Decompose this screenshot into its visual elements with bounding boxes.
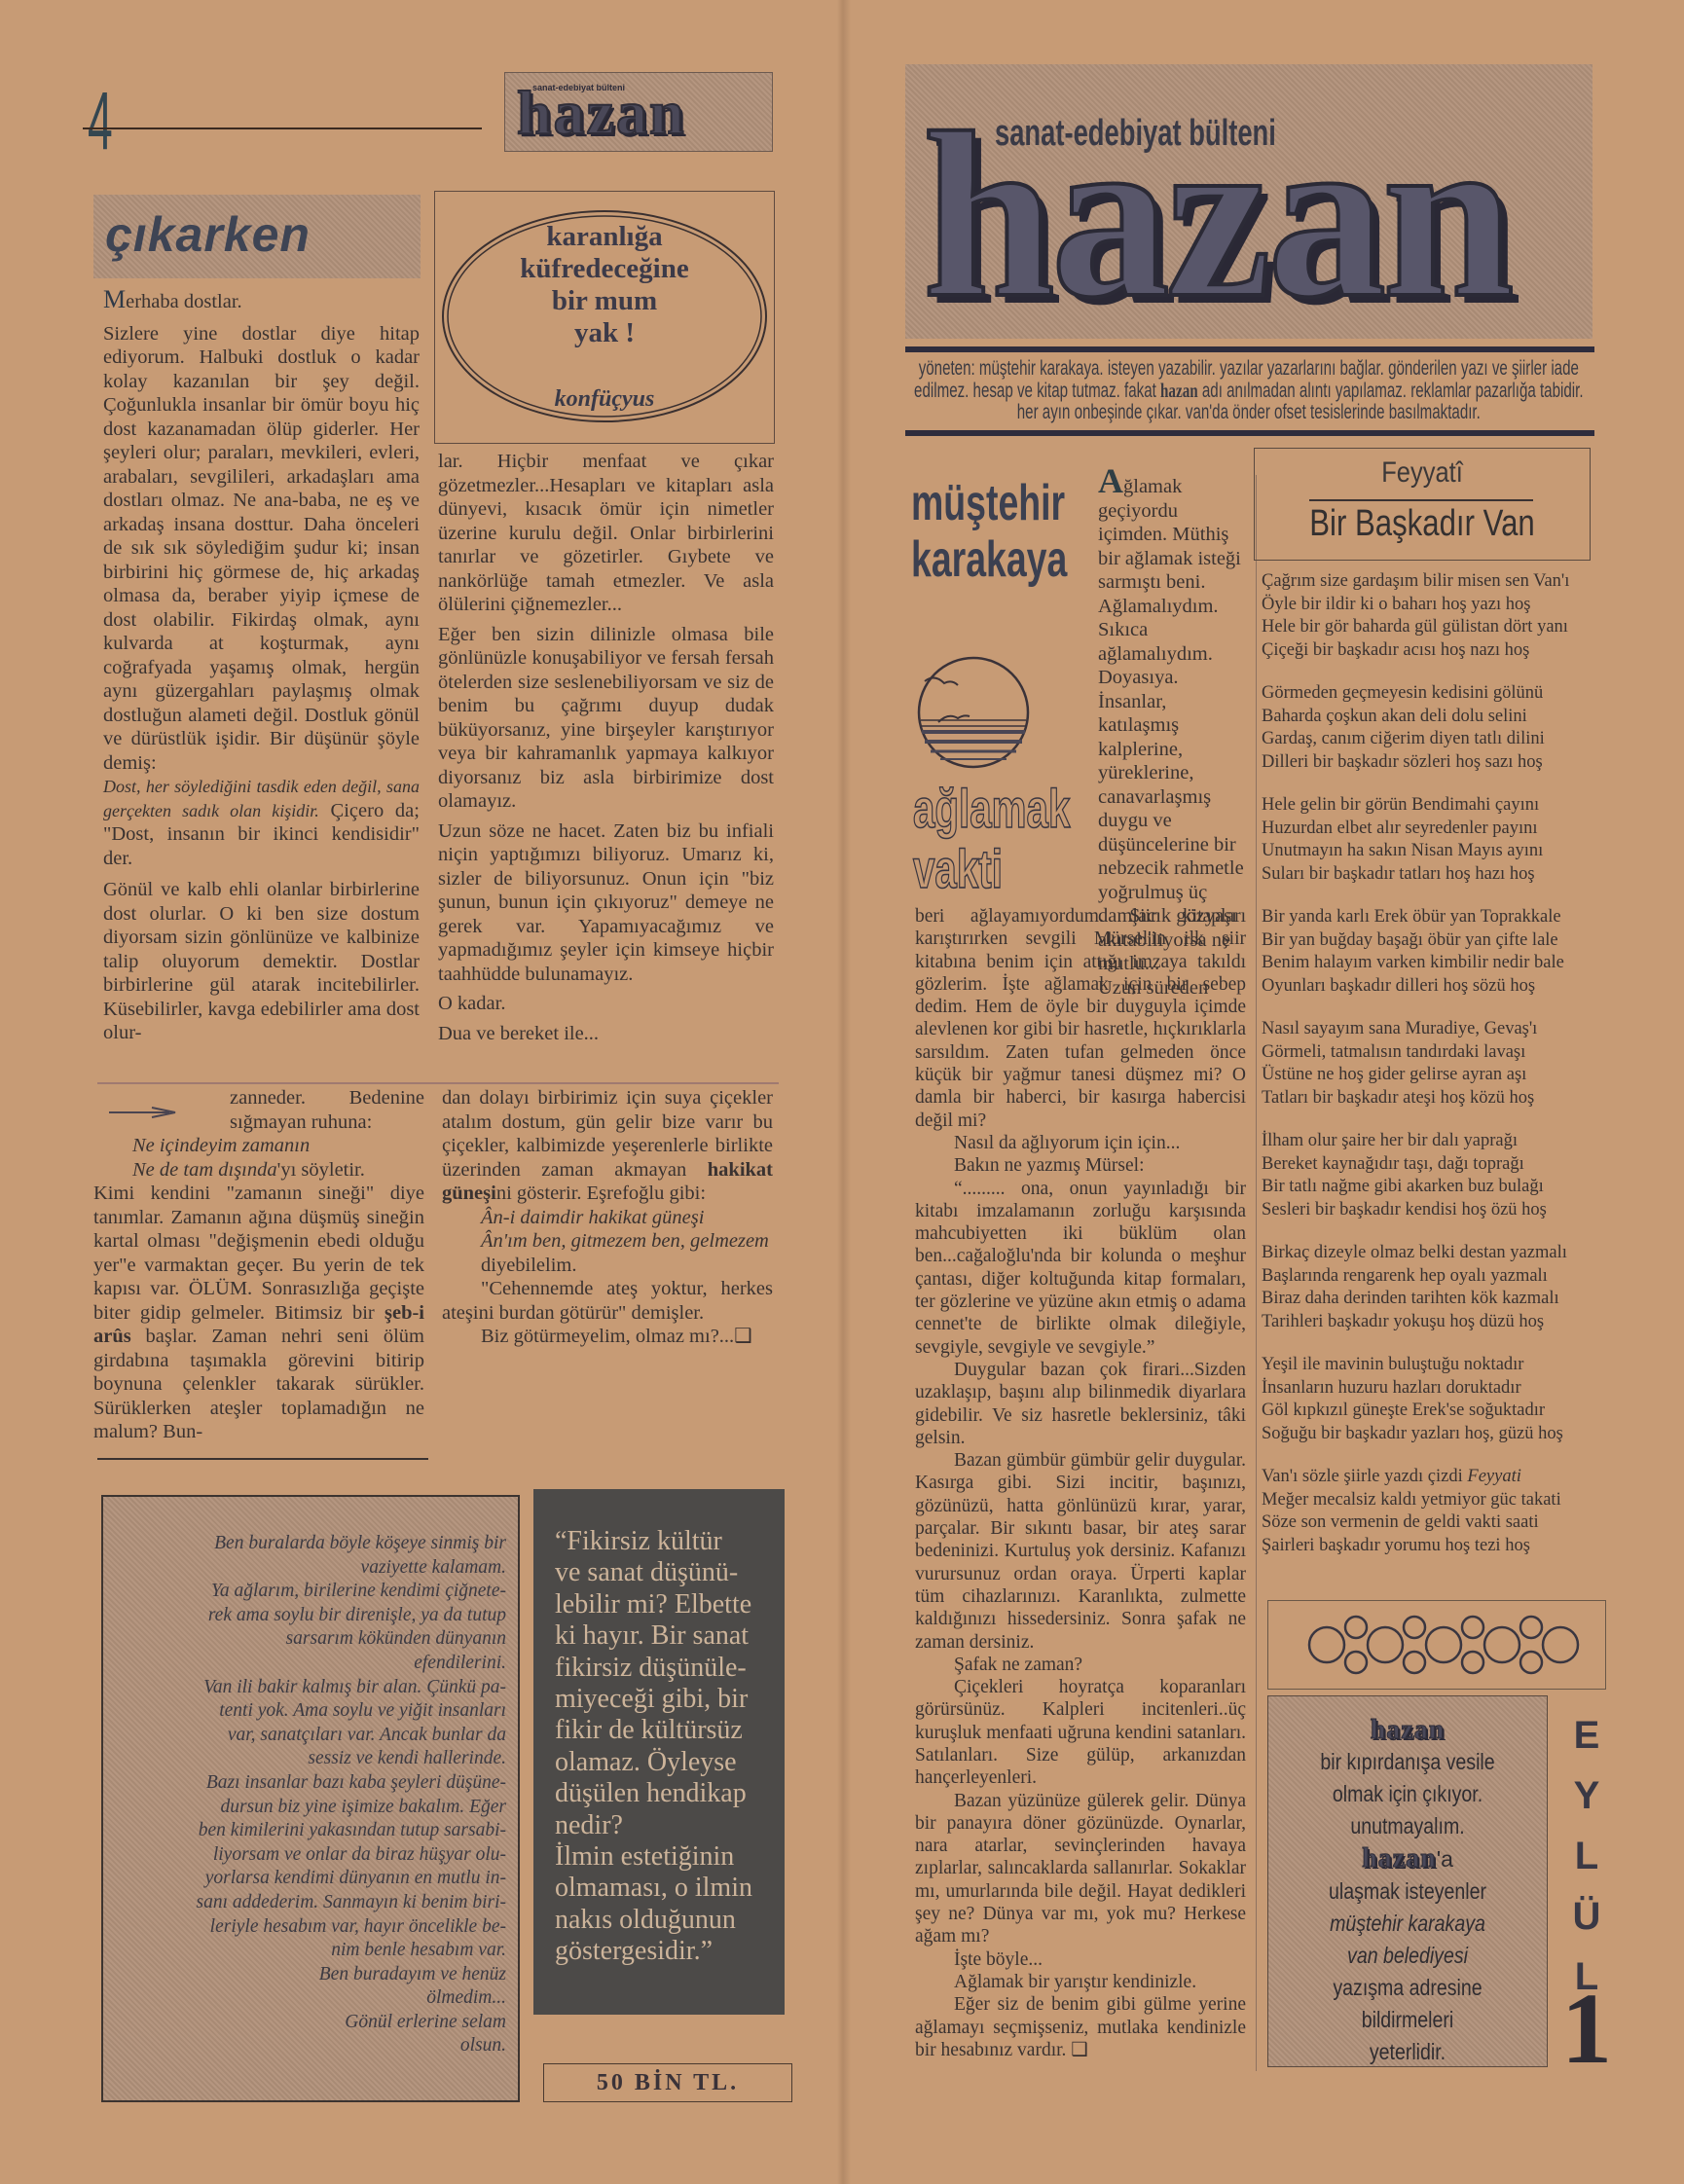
essay-line: dursun biz yine işimize bakalım. Eğer: [113, 1796, 506, 1820]
poem-line: Tarihleri başkadır yokuşu hoş düzü hoş: [1262, 1311, 1592, 1334]
poem-title: Bir Başkadır Van: [1285, 503, 1559, 545]
month-letter: E: [1567, 1705, 1606, 1765]
poem-line: Öyle bir ildir ki o baharı hoş yazı hoş: [1262, 594, 1592, 617]
section-divider: [97, 1082, 779, 1084]
essay-line: var, sanatçıları var. Ancak bunlar da: [113, 1724, 506, 1748]
poem-line: Nasıl sayayım sana Muradiye, Gevaş'ı: [1262, 1018, 1592, 1041]
essay-line: vaziyette kalamam.: [113, 1556, 506, 1581]
verse-line: Ân'ım ben, gitmezem ben, gelmezem: [442, 1229, 773, 1254]
essay-line: ben kimilerini yakasından tutup sarsabi-: [113, 1819, 506, 1843]
notice-line: bildirmeleri: [1289, 2004, 1525, 2036]
poem-title-rule: [1309, 499, 1533, 501]
quote-author: konfüçyus: [435, 386, 774, 413]
poem-stanza: Nasıl sayayım sana Muradiye, Gevaş'ıGörm…: [1262, 1018, 1592, 1110]
poem-line: Görmeli, tatmalısın tandırdaki lavaşı: [1262, 1041, 1592, 1065]
essay-line: leriyle hesabım var, hayır öncelikle be-: [113, 1915, 506, 1940]
essay-line: tenti yok. Ama soylu ve yiğit insanları: [113, 1699, 506, 1724]
editorial-paragraph: Sizlere yine dostlar diye hitap ediyorum…: [103, 322, 420, 776]
quote-line: bir mum: [435, 285, 774, 317]
mini-masthead-title: hazan: [517, 79, 686, 147]
drop-cap: M: [103, 285, 126, 313]
dark-quote-line: “Fikirsiz kültür: [555, 1526, 779, 1557]
issue-day: 1: [1561, 1976, 1610, 2083]
month-letter: L: [1567, 1826, 1606, 1886]
notice-text: hazan bir kıpırdanışa vesile olmak için …: [1268, 1714, 1547, 2068]
essay-line: Ya ağlarım, birilerine kendimi çiğnete-: [113, 1580, 506, 1604]
article-text: başlar. Zaman nehri seni ölüm girdabına …: [93, 1326, 424, 1442]
imprint: yöneten: müştehir karakaya. isteyen yaza…: [905, 358, 1594, 423]
poem-stanza: Bir yanda karlı Erek öbür yan Toprakkale…: [1262, 906, 1592, 998]
ornament-pattern-icon: [1298, 1615, 1580, 1675]
italic-essay-box: Ben buralarda böyle köşeye sinmiş bir va…: [101, 1495, 520, 2102]
poem-line: Bereket kaynağıdır taşı, dağı toprağı: [1262, 1153, 1592, 1177]
poem-line: Şairleri başkadır yorumu hoş tezi hoş: [1262, 1535, 1592, 1558]
drop-cap: A: [1098, 461, 1123, 500]
poem-stanza: Birkaç dizeyle olmaz belki destan yazmal…: [1262, 1242, 1592, 1333]
article-paragraph: Ağlamak bir yarıştır kendinizle.: [915, 1971, 1246, 1993]
article-text: Biz götürmeyelim, olmaz mı?...: [481, 1326, 734, 1347]
poem-line: Gardaş, canım ciğerim diyen tatlı dilini: [1262, 728, 1592, 751]
poem-line: İnsanların huzuru hazları doruktadır: [1262, 1377, 1592, 1401]
month-letter: Y: [1567, 1765, 1606, 1826]
article-text: diyebilelim.: [442, 1254, 773, 1278]
article-paragraph: Bazan yüzünüze gülerek gelir. Dünya bir …: [915, 1790, 1246, 1948]
continued-column-2: dan dolayı birbirimiz için suya çiçekler…: [442, 1086, 773, 1349]
dark-quote-text: “Fikirsiz kültür ve sanat düşünü- lebili…: [555, 1526, 779, 1968]
poem-line: Hele gelin bir görün Bendimahi çayını: [1262, 794, 1592, 818]
poem-stanza: Yeşil ile mavinin buluştuğu noktadırİnsa…: [1262, 1354, 1592, 1445]
quote-box: karanlığa küfredeceğine bir mum yak ! ko…: [434, 191, 775, 444]
poet-signature: Feyyati: [1467, 1467, 1520, 1486]
editorial-column-1: Merhaba dostlar. Sizlere yine dostlar di…: [103, 288, 420, 1051]
essay-line: olsun.: [113, 2034, 506, 2058]
poem-stanza: Van'ı sözle şiirle yazdı çizdi Feyyati M…: [1262, 1466, 1592, 1557]
verse-line: Ne de tam dışında: [132, 1159, 277, 1181]
column-divider: [1256, 475, 1257, 2071]
poem-line: Bir yan buğday başağı öbür yan çifte lal…: [1262, 929, 1592, 953]
poem-title-box: Feyyatî Bir Başkadır Van: [1254, 448, 1591, 561]
notice-logo: hazan: [1268, 1714, 1547, 1746]
notice-logo: hazan: [1362, 1843, 1437, 1874]
article-paragraph: Çiçekleri hoyratça koparanları görürsünü…: [915, 1676, 1246, 1789]
essay-line: sanı addederim. Sanmayın ki benim biri-: [113, 1891, 506, 1915]
essay-line: nim benle hesabım var.: [113, 1939, 506, 1963]
article-text: Kimi kendini "zamanın sineği" diye tanım…: [93, 1183, 424, 1324]
poem-line: Bir yanda karlı Erek öbür yan Toprakkale: [1262, 906, 1592, 929]
masthead-rule-top: [905, 346, 1594, 352]
author-name: müştehir karakaya: [911, 475, 1067, 588]
poem-line: Tatları bir başkadır ateşi hoş közü hoş: [1262, 1087, 1592, 1110]
poem-line: Huzurdan elbet alır seyredenler payını: [1262, 818, 1592, 841]
continued-column-1: zanneder. Bedenine sığmayan ruhuna: Ne i…: [93, 1086, 424, 1444]
essay-line: liyorsam ve onlar da biraz hüşyar olu-: [113, 1843, 506, 1868]
masthead-title: hazan: [923, 84, 1511, 346]
dark-quote-line: olamaz. Öyleyse: [555, 1747, 779, 1778]
editorial-paragraph: O kadar.: [438, 992, 774, 1016]
dark-quote-box: “Fikirsiz kültür ve sanat düşünü- lebili…: [533, 1489, 785, 2015]
poem-line: Unutmayın ha sakın Nisan Mayıs ayını: [1262, 840, 1592, 863]
dark-quote-line: fikir de kültürsüz: [555, 1715, 779, 1746]
article-text: "Cehennemde ateş yoktur, herkes ateşini …: [442, 1277, 773, 1325]
poem-line: Dilleri bir başkadır sözleri hoş sazı ho…: [1262, 751, 1592, 775]
month-letter: Ü: [1567, 1886, 1606, 1947]
essay-line: sarsarım kökünden dünyanın: [113, 1627, 506, 1652]
article-title-line: ağlamak: [913, 779, 1070, 839]
poem-line: Soğuğu bir başkadır yazları hoş, güzü ho…: [1262, 1423, 1592, 1446]
poem-line: Başlarında rengarenk hep oyalı yazmalı: [1262, 1265, 1592, 1289]
poem-line: Çiçeği bir başkadır acısı hoş nazı hoş: [1262, 639, 1592, 663]
editorial-paragraph: lar. Hiçbir menfaat ve çıkar gözetmezler…: [438, 450, 774, 617]
article-paragraph: beri ağlayamıyordum. Şiir kitapları karı…: [915, 905, 1246, 1132]
poem-stanza: Görmeden geçmeyesin kedisini gölünüBahar…: [1262, 682, 1592, 774]
ornament-box: [1267, 1600, 1606, 1690]
essay-line: efendilerini.: [113, 1652, 506, 1676]
poem-body: Çağrım size gardaşım bilir misen sen Van…: [1262, 570, 1592, 1578]
notice-line: bir kıpırdanışa vesile: [1289, 1746, 1525, 1778]
quote-line: karanlığa: [435, 221, 774, 253]
issue-month: E Y L Ü L: [1567, 1705, 1606, 2007]
price-label: 50 BİN TL.: [597, 2070, 739, 2095]
editorial-column-2: lar. Hiçbir menfaat ve çıkar gözetmezler…: [438, 450, 774, 1051]
poem-line: Biraz daha derinden tarihten kök kazmalı: [1262, 1288, 1592, 1311]
poem-line: Baharda çoşkun akan deli dolu selini: [1262, 706, 1592, 729]
poem-line: Bir tatlı nağme gibi akarken buz bulağı: [1262, 1176, 1592, 1199]
poem-line: Suları bir başkadır tatları hoş hazı hoş: [1262, 863, 1592, 887]
dark-quote-line: ve sanat düşünü-: [555, 1557, 779, 1588]
poem-line: İlham olur şaire her bir dalı yaprağı: [1262, 1130, 1592, 1153]
quote-line: küfredeceğine: [435, 253, 774, 285]
notice-line: yazışma adresine: [1289, 1972, 1525, 2004]
article-paragraph: “......... ona, onun yayınladığı bir kit…: [915, 1178, 1246, 1359]
dark-quote-line: fikirsiz düşünüle-: [555, 1653, 779, 1684]
article-paragraph: Duygular bazan çok firari...Sizden uzakl…: [915, 1359, 1246, 1449]
masthead: sanat-edebiyat bülteni hazan: [905, 64, 1592, 339]
mini-masthead: sanat-edebiyat bülteni hazan: [504, 72, 773, 152]
editorial-heading: çıkarken: [105, 206, 311, 263]
poem-line: Oyunları başkadır dilleri hoş sözü hoş: [1262, 975, 1592, 999]
article-paragraph: Bazan gümbür gümbür gelir duygular. Kası…: [915, 1449, 1246, 1654]
editorial-paragraph: Gönül ve kalb ehli olanlar birbirlerine …: [103, 878, 420, 1045]
poem-line: Görmeden geçmeyesin kedisini gölünü: [1262, 682, 1592, 706]
verse-suffix: 'yı söyletir.: [277, 1159, 365, 1181]
poem-line: Hele bir gör baharda gül gülistan dört y…: [1262, 616, 1592, 639]
poem-line: Meğer mecalsiz kaldı yetmiyor güc takati: [1262, 1489, 1592, 1512]
dark-quote-line: göstergesidir.”: [555, 1936, 779, 1967]
essay-line: yorlarsa kendimi dünyanın en mutlu in-: [113, 1867, 506, 1891]
poem-line: Üstüne ne hoş gider gelirse ayran aşı: [1262, 1064, 1592, 1087]
article-title-line: vakti: [913, 839, 1070, 899]
essay-line: Gönül erlerine selam: [113, 2011, 506, 2035]
notice-contact-name: müştehir karakaya: [1289, 1908, 1525, 1940]
sun-sea-logo-icon: [915, 654, 1032, 776]
article-text: ni gösterir. Eşrefoğlu gibi:: [496, 1183, 706, 1204]
poem-line: Birkaç dizeyle olmaz belki destan yazmal…: [1262, 1242, 1592, 1265]
article-title: ağlamak vakti: [913, 779, 1070, 899]
notice-line: yeterlidir.: [1289, 2036, 1525, 2068]
notice-contact-address: van belediyesi: [1289, 1940, 1525, 1972]
quote-line: yak !: [435, 317, 774, 349]
editorial-paragraph: Eğer ben sizin dilinizle olmasa bile gön…: [438, 623, 774, 814]
end-mark-icon: ❑: [734, 1326, 751, 1347]
article-paragraph: Şafak ne zaman?: [915, 1654, 1246, 1676]
poem-stanza: Çağrım size gardaşım bilir misen sen Van…: [1262, 570, 1592, 662]
continued-lead: zanneder. Bedenine sığmayan ruhuna:: [230, 1086, 424, 1134]
greeting: erhaba dostlar.: [126, 291, 242, 312]
poem-line: Benim halayım varken kimbilir nedir bale: [1262, 952, 1592, 975]
essay-line: Van ili bakir kalmış bir alan. Çünkü pa-: [113, 1676, 506, 1700]
dark-quote-line: lebilir mi? Elbette: [555, 1589, 779, 1620]
poet-name: Feyyatî: [1280, 456, 1564, 490]
header-rule: [83, 127, 482, 129]
author-first-name: müştehir: [911, 475, 1067, 531]
notice-logo-suffix: 'a: [1437, 1846, 1453, 1872]
verse-line: Ne içindeyim zamanın: [93, 1134, 424, 1158]
notice-box: hazan bir kıpırdanışa vesile olmak için …: [1267, 1695, 1548, 2067]
quote-text: karanlığa küfredeceğine bir mum yak !: [435, 221, 774, 349]
essay-line: Ben buradayım ve henüz: [113, 1963, 506, 1987]
poem-line: Göl kıpkızıl güneşte Erek'se soğuktadır: [1262, 1400, 1592, 1423]
masthead-rule-bottom: [905, 430, 1594, 436]
dark-quote-line: nakıs olduğunun: [555, 1905, 779, 1936]
article-paragraph: Nasıl da ağlıyorum için için...: [915, 1132, 1246, 1154]
editorial-signoff: Dua ve bereket ile...: [438, 1022, 774, 1046]
article-paragraph: Bakın ne yazmış Mürsel:: [915, 1154, 1246, 1177]
notice-line: unutmayalım.: [1289, 1810, 1525, 1842]
dark-quote-line: düşülen hendikap: [555, 1778, 779, 1809]
article-text: ğlamak geçiyordu içimden. Müthiş bir ağl…: [1098, 476, 1244, 974]
end-mark-icon: ❑: [1071, 2040, 1087, 2060]
section-divider: [97, 1458, 428, 1460]
author-last-name: karakaya: [911, 531, 1067, 588]
poem-line: Van'ı sözle şiirle yazdı çizdi: [1262, 1467, 1467, 1486]
essay-line: ölmedim...: [113, 1986, 506, 2011]
dark-quote-line: miyeceği gibi, bir: [555, 1684, 779, 1715]
poem-line: Söze son vermenin de geldi vakti saati: [1262, 1511, 1592, 1535]
page-number: 4: [88, 80, 113, 162]
article-paragraph: İşte böyle...: [915, 1948, 1246, 1971]
dark-quote-line: nedir?: [555, 1810, 779, 1841]
poem-line: Yeşil ile mavinin buluştuğu noktadır: [1262, 1354, 1592, 1377]
essay-line: Ben buralarda böyle köşeye sinmiş bir: [113, 1532, 506, 1556]
essay-line: rek ama soylu bir direnişle, ya da tutup: [113, 1604, 506, 1628]
poem-stanza: İlham olur şaire her bir dalı yaprağıBer…: [1262, 1130, 1592, 1221]
poem-stanza: Hele gelin bir görün Bendimahi çayınıHuz…: [1262, 794, 1592, 886]
notice-line: olmak için çıkıyor.: [1289, 1778, 1525, 1810]
poem-line: Çağrım size gardaşım bilir misen sen Van…: [1262, 570, 1592, 594]
dark-quote-line: olmaması, o ilmin: [555, 1873, 779, 1904]
verse-line: Ân-i daimdir hakikat güneşi: [442, 1206, 773, 1230]
article-main-column: beri ağlayamıyordum. Şiir kitapları karı…: [915, 905, 1246, 2061]
editorial-paragraph: Uzun söze ne hacet. Zaten biz bu infiali…: [438, 819, 774, 987]
dark-quote-line: İlmin estetiğinin: [555, 1841, 779, 1873]
italic-essay-text: Ben buralarda böyle köşeye sinmiş bir va…: [113, 1532, 506, 2058]
price-box: 50 BİN TL.: [543, 2063, 792, 2102]
essay-line: sessiz ve kendi hallerinde.: [113, 1747, 506, 1771]
essay-line: Bazı insanlar bazı kaba şeyleri düşüne-: [113, 1771, 506, 1796]
poem-line: Sesleri bir başkadır kendisi hoş özü hoş: [1262, 1199, 1592, 1222]
notice-line: ulaşmak isteyenler: [1289, 1875, 1525, 1908]
editorial-heading-band: çıkarken: [93, 195, 421, 278]
imprint-logo: hazan: [1160, 379, 1198, 402]
dark-quote-line: ki hayır. Bir sanat: [555, 1620, 779, 1652]
